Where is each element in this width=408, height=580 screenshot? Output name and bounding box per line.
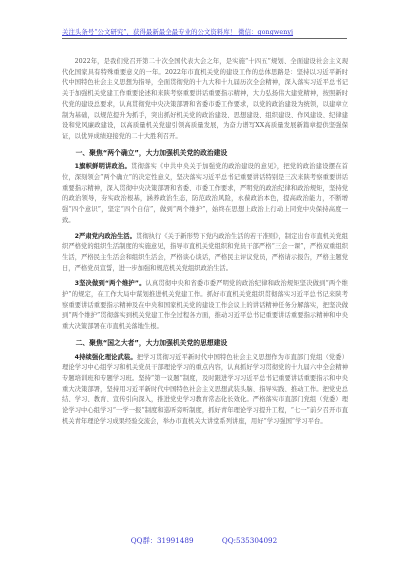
item-lead: 1旗帜鲜明讲政治。 (75, 163, 131, 170)
item-paragraph-1: 1旗帜鲜明讲政治。贯彻落实《中共中央关于加强党的政治建设的意见》，把党的政治建设… (62, 162, 348, 226)
item-paragraph-4: 4持续强化理论武装。把学习贯彻习近平新时代中国特色社会主义思想作为市直部门党组（… (62, 353, 348, 428)
footer-contact: QQ群：31991489 QQ:535304092 (0, 536, 408, 546)
item-lead: 2严肃党内政治生活。 (75, 233, 136, 240)
item-text: 把学习贯彻习近平新时代中国特色社会主义思想作为市直部门党组（党委）理论学习中心组… (62, 354, 348, 425)
section-heading-2: 二、聚焦“国之大者”，大力加强机关党的思想建设 (62, 338, 348, 349)
item-paragraph-2: 2严肃党内政治生活。贯彻执行《关于新形势下党内政治生活的若干准则》，制定出台市直… (62, 232, 348, 275)
intro-paragraph: 2022年，是我们党召开第二十次全国代表大会之年，是实施“十四五”规划、全面建设… (62, 57, 348, 143)
item-lead: 3坚决做到“两个维护”。 (75, 280, 146, 287)
header-divider (62, 38, 347, 39)
document-body: 2022年，是我们党召开第二十次全国代表大会之年，是实施“十四五”规划、全面建设… (62, 57, 348, 433)
promo-link[interactable]: 关注头条号“公文研究”，获得最新最全最专业的公文资料库！ 微信：gongweny… (62, 28, 352, 37)
item-paragraph-3: 3坚决做到“两个维护”。认真贯彻中央和省委市委严明党的政治纪律和政治规矩坚决做到… (62, 279, 348, 333)
item-text: 认真贯彻中央和省委市委严明党的政治纪律和政治规矩坚决做到“两个维护”的规定，在工… (62, 280, 348, 330)
qq-number: QQ:535304092 (222, 536, 277, 545)
section-heading-1: 一、聚焦“两个确立”，大力加强机关党的政治建设 (62, 148, 348, 159)
qq-group: QQ群：31991489 (131, 536, 194, 545)
item-lead: 4持续强化理论武装。 (75, 354, 137, 361)
item-text: 贯彻落实《中共中央关于加强党的政治建设的意见》，把党的政治建设摆在首位，深刻领会… (62, 163, 348, 224)
